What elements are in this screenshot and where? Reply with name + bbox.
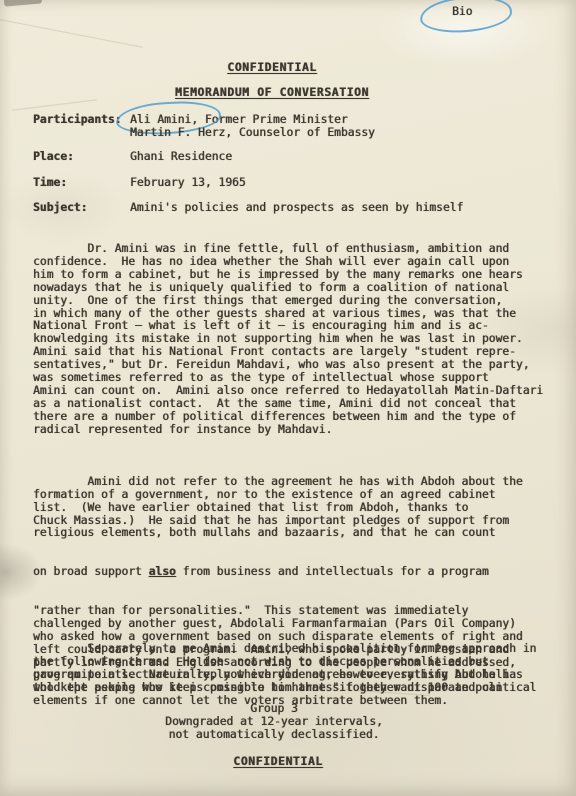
classification-footer: CONFIDENTIAL — [0, 754, 556, 768]
place-value: Ghani Residence — [130, 150, 232, 163]
paper-crease — [12, 99, 97, 111]
time-value: February 13, 1965 — [130, 176, 246, 189]
bio-circle-annotation-icon — [419, 0, 513, 35]
participants-label: Participants: — [33, 113, 121, 126]
declass-line-1: Downgraded at 12-year intervals, — [0, 716, 548, 729]
place-label: Place: — [33, 150, 74, 163]
paragraph-2-underline-line: on broad support also from business and … — [33, 566, 536, 579]
body-paragraph-3: Separately to me Amini described his coa… — [33, 643, 536, 695]
paper-edge-mark — [4, 0, 43, 7]
memo-document-page: Bio CONFIDENTIAL MEMORANDUM OF CONVERSAT… — [0, 0, 576, 796]
subject-value: Amini's policies and prospects as seen b… — [130, 201, 463, 214]
paragraph-2-lines-before: Amini did not refer to the agreement he … — [33, 476, 536, 541]
declass-line-2: not automatically declassified. — [0, 729, 548, 742]
subject-label: Subject: — [33, 201, 87, 214]
memo-title: MEMORANDUM OF CONVERSATION — [0, 85, 544, 99]
declassification-note: Group 3 Downgraded at 12-year intervals,… — [0, 703, 548, 742]
paragraph-2-underlined-word: also — [149, 565, 176, 578]
paragraph-2-line6-pre: on broad support — [33, 565, 149, 578]
paper-crease — [0, 18, 143, 49]
time-label: Time: — [33, 176, 67, 189]
body-paragraph-1: Dr. Amini was in fine fettle, full of en… — [33, 243, 543, 437]
classification-header: CONFIDENTIAL — [0, 60, 544, 74]
participant-2: Martin F. Herz, Counselor of Embassy — [130, 126, 375, 139]
group-line: Group 3 — [0, 703, 548, 716]
paragraph-2-line6-post: from business and intellectuals for a pr… — [176, 565, 489, 578]
